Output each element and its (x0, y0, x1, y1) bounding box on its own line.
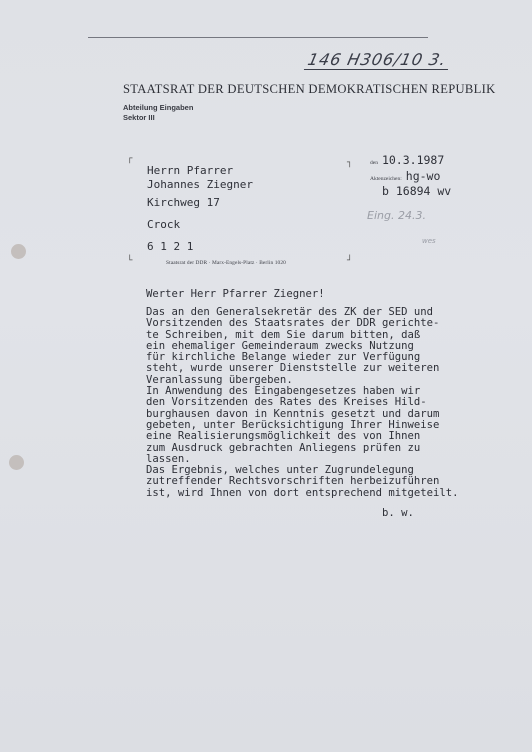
address-corner-mark-bl: └ (127, 256, 132, 266)
punch-hole-top (11, 244, 26, 259)
handwritten-initials: wes (422, 237, 436, 245)
recipient-postcode: 6 1 2 1 (147, 240, 193, 253)
salutation: Werter Herr Pfarrer Ziegner! (146, 288, 325, 300)
body-line: ist, wird Ihnen von dort entsprechend mi… (146, 488, 459, 499)
handwritten-receipt-note: Eing. 24.3. (367, 209, 426, 222)
closing-note: b. w. (382, 507, 414, 519)
file-reference-number: b 16894 wv (382, 184, 451, 198)
recipient-title: Herrn Pfarrer (147, 164, 253, 178)
letter-page: 146 H306/10 3. STAATSRAT DER DEUTSCHEN D… (0, 0, 532, 752)
letterhead-issuer: STAATSRAT DER DEUTSCHEN DEMOKRATISCHEN R… (123, 82, 496, 97)
punch-hole-bottom (9, 455, 24, 470)
top-rule (88, 37, 428, 38)
body-line: eine Realisierungsmöglichkeit des von Ih… (146, 431, 459, 442)
body-line: Vorsitzenden des Staatsrates der DDR ger… (146, 318, 459, 329)
recipient-city: Crock (147, 218, 180, 231)
department-name: Abteilung Eingaben (123, 103, 193, 113)
letter-body: Das an den Generalsekretär des ZK der SE… (146, 307, 459, 499)
body-line: zum Ausdruck gebrachten Anliegens prüfen… (146, 443, 459, 454)
address-corner-mark-tr: ┐ (347, 158, 352, 168)
recipient-street: Kirchweg 17 (147, 196, 220, 209)
address-corner-mark-tl: ┌ (127, 154, 132, 164)
address-corner-mark-br: ┘ (347, 256, 352, 266)
sender-return-address: Staatsrat der DDR · Marx-Engels-Platz · … (166, 260, 286, 266)
body-line: den Vorsitzenden des Rates des Kreises H… (146, 397, 459, 408)
file-reference-code: hg-wo (406, 169, 441, 183)
recipient-full-name: Johannes Ziegner (147, 178, 253, 192)
letterhead-department: Abteilung Eingaben Sektor III (123, 103, 193, 123)
reference-block: den 10.3.1987 Aktenzeichen: hg-wo b 1689… (370, 151, 451, 200)
department-sector: Sektor III (123, 113, 193, 123)
date-label: den (370, 160, 378, 166)
recipient-name: Herrn Pfarrer Johannes Ziegner (147, 164, 253, 192)
archive-number: 146 H306/10 3. (304, 50, 453, 70)
letter-date: 10.3.1987 (382, 153, 444, 167)
